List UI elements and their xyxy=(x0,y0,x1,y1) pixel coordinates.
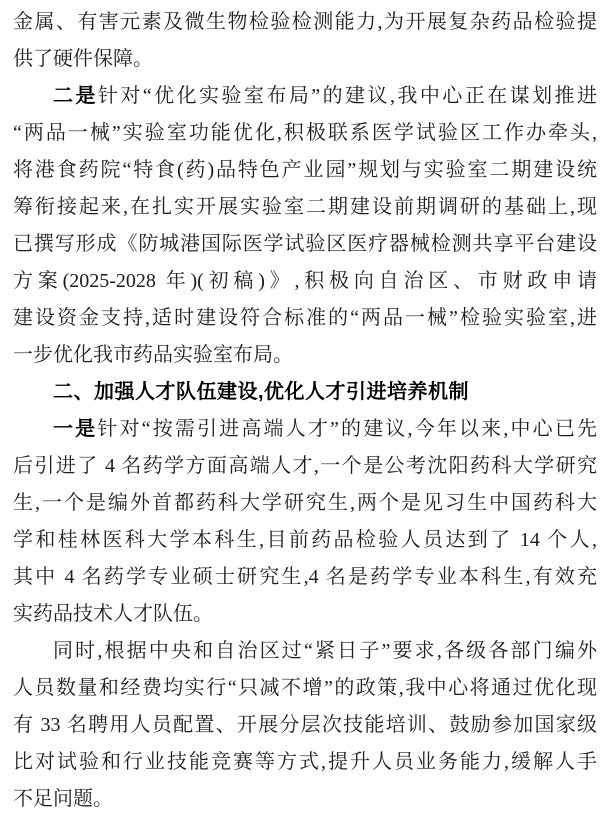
paragraph: 金属、有害元素及微生物检验检测能力,为开展复杂药品检验提供了硬件保障。 xyxy=(13,4,597,78)
text-line: 方案(2025-2028 年)(初稿)》,积极向自治区、市财政申请 xyxy=(13,263,597,300)
text-line: 比对试验和行业技能竞赛等方式,提升人员业务能力,缓解人手 xyxy=(13,744,597,781)
text-run: 将港食药院“特食(药)品特色产业园”规划与实验室二期建设统 xyxy=(13,159,597,181)
text-line: 后引进了 4 名药学方面高端人才,一个是公考沈阳药科大学研究 xyxy=(13,448,597,485)
text-run: 比对试验和行业技能竞赛等方式,提升人员业务能力,缓解人手 xyxy=(13,751,597,773)
text-run: 针对“按需引进高端人才”的建议,今年以来,中心已先 xyxy=(97,418,597,440)
section-heading: 二、加强人才队伍建设,优化人才引进培养机制 xyxy=(13,374,597,411)
bold-text-run: 一是 xyxy=(53,418,97,440)
text-line: 一步优化我市药品实验室布局。 xyxy=(13,337,597,374)
text-line: 已撰写形成《防城港国际医学试验区医疗器械检测共享平台建设 xyxy=(13,226,597,263)
text-run: 建设资金支持,适时建设符合标准的“两品一械”检验实验室,进 xyxy=(13,307,597,329)
text-run: 已撰写形成《防城港国际医学试验区医疗器械检测共享平台建设 xyxy=(13,233,597,255)
text-line: 人员数量和经费均实行“只减不增”的政策,我中心将通过优化现 xyxy=(13,670,597,707)
text-run: 有 33 名聘用人员配置、开展分层次技能培训、鼓励参加国家级 xyxy=(13,714,597,736)
text-line: 金属、有害元素及微生物检验检测能力,为开展复杂药品检验提 xyxy=(13,4,597,41)
bold-text-run: 二、加强人才队伍建设,优化人才引进培养机制 xyxy=(53,381,469,403)
bold-text-run: 二是 xyxy=(53,85,98,107)
text-run: 同时,根据中央和自治区过“紧日子”要求,各级各部门编外 xyxy=(53,640,597,662)
text-line: 二、加强人才队伍建设,优化人才引进培养机制 xyxy=(13,374,597,411)
text-run: 针对“优化实验室布局”的建议,我中心正在谋划推进 xyxy=(98,85,597,107)
paragraph: 同时,根据中央和自治区过“紧日子”要求,各级各部门编外人员数量和经费均实行“只减… xyxy=(13,633,597,818)
text-run: 方案(2025-2028 年)(初稿)》,积极向自治区、市财政申请 xyxy=(13,270,597,292)
text-run: 人员数量和经费均实行“只减不增”的政策,我中心将通过优化现 xyxy=(13,677,597,699)
text-line: 学和桂林医科大学本科生,目前药品检验人员达到了 14 个人, xyxy=(13,522,597,559)
text-run: 生,一个是编外首都药科大学研究生,两个是见习生中国药科大 xyxy=(13,492,597,514)
text-run: 筹衔接起来,在扎实开展实验室二期建设前期调研的基础上,现 xyxy=(13,196,597,218)
text-line: 实药品技术人才队伍。 xyxy=(13,596,597,633)
paragraph: 一是针对“按需引进高端人才”的建议,今年以来,中心已先后引进了 4 名药学方面高… xyxy=(13,411,597,633)
text-line: 其中 4 名药学专业硕士研究生,4 名是药学专业本科生,有效充 xyxy=(13,559,597,596)
text-run: “两品一械”实验室功能优化,积极联系医学试验区工作办牵头, xyxy=(13,122,597,144)
text-run: 学和桂林医科大学本科生,目前药品检验人员达到了 14 个人, xyxy=(13,529,597,551)
text-run: 后引进了 4 名药学方面高端人才,一个是公考沈阳药科大学研究 xyxy=(13,455,597,477)
text-run: 金属、有害元素及微生物检验检测能力,为开展复杂药品检验提 xyxy=(13,11,597,33)
text-run: 实药品技术人才队伍。 xyxy=(13,603,213,625)
document-body: 金属、有害元素及微生物检验检测能力,为开展复杂药品检验提供了硬件保障。二是针对“… xyxy=(13,4,597,818)
text-line: 一是针对“按需引进高端人才”的建议,今年以来,中心已先 xyxy=(13,411,597,448)
text-line: “两品一械”实验室功能优化,积极联系医学试验区工作办牵头, xyxy=(13,115,597,152)
text-line: 建设资金支持,适时建设符合标准的“两品一械”检验实验室,进 xyxy=(13,300,597,337)
text-line: 不足问题。 xyxy=(13,781,597,818)
text-run: 供了硬件保障。 xyxy=(13,48,153,70)
document-page: 金属、有害元素及微生物检验检测能力,为开展复杂药品检验提供了硬件保障。二是针对“… xyxy=(0,0,609,820)
text-line: 二是针对“优化实验室布局”的建议,我中心正在谋划推进 xyxy=(13,78,597,115)
text-line: 供了硬件保障。 xyxy=(13,41,597,78)
text-line: 有 33 名聘用人员配置、开展分层次技能培训、鼓励参加国家级 xyxy=(13,707,597,744)
text-line: 将港食药院“特食(药)品特色产业园”规划与实验室二期建设统 xyxy=(13,152,597,189)
text-run: 一步优化我市药品实验室布局。 xyxy=(13,344,293,366)
text-line: 筹衔接起来,在扎实开展实验室二期建设前期调研的基础上,现 xyxy=(13,189,597,226)
text-run: 其中 4 名药学专业硕士研究生,4 名是药学专业本科生,有效充 xyxy=(13,566,597,588)
text-run: 不足问题。 xyxy=(13,788,113,810)
text-line: 同时,根据中央和自治区过“紧日子”要求,各级各部门编外 xyxy=(13,633,597,670)
paragraph: 二是针对“优化实验室布局”的建议,我中心正在谋划推进“两品一械”实验室功能优化,… xyxy=(13,78,597,374)
text-line: 生,一个是编外首都药科大学研究生,两个是见习生中国药科大 xyxy=(13,485,597,522)
